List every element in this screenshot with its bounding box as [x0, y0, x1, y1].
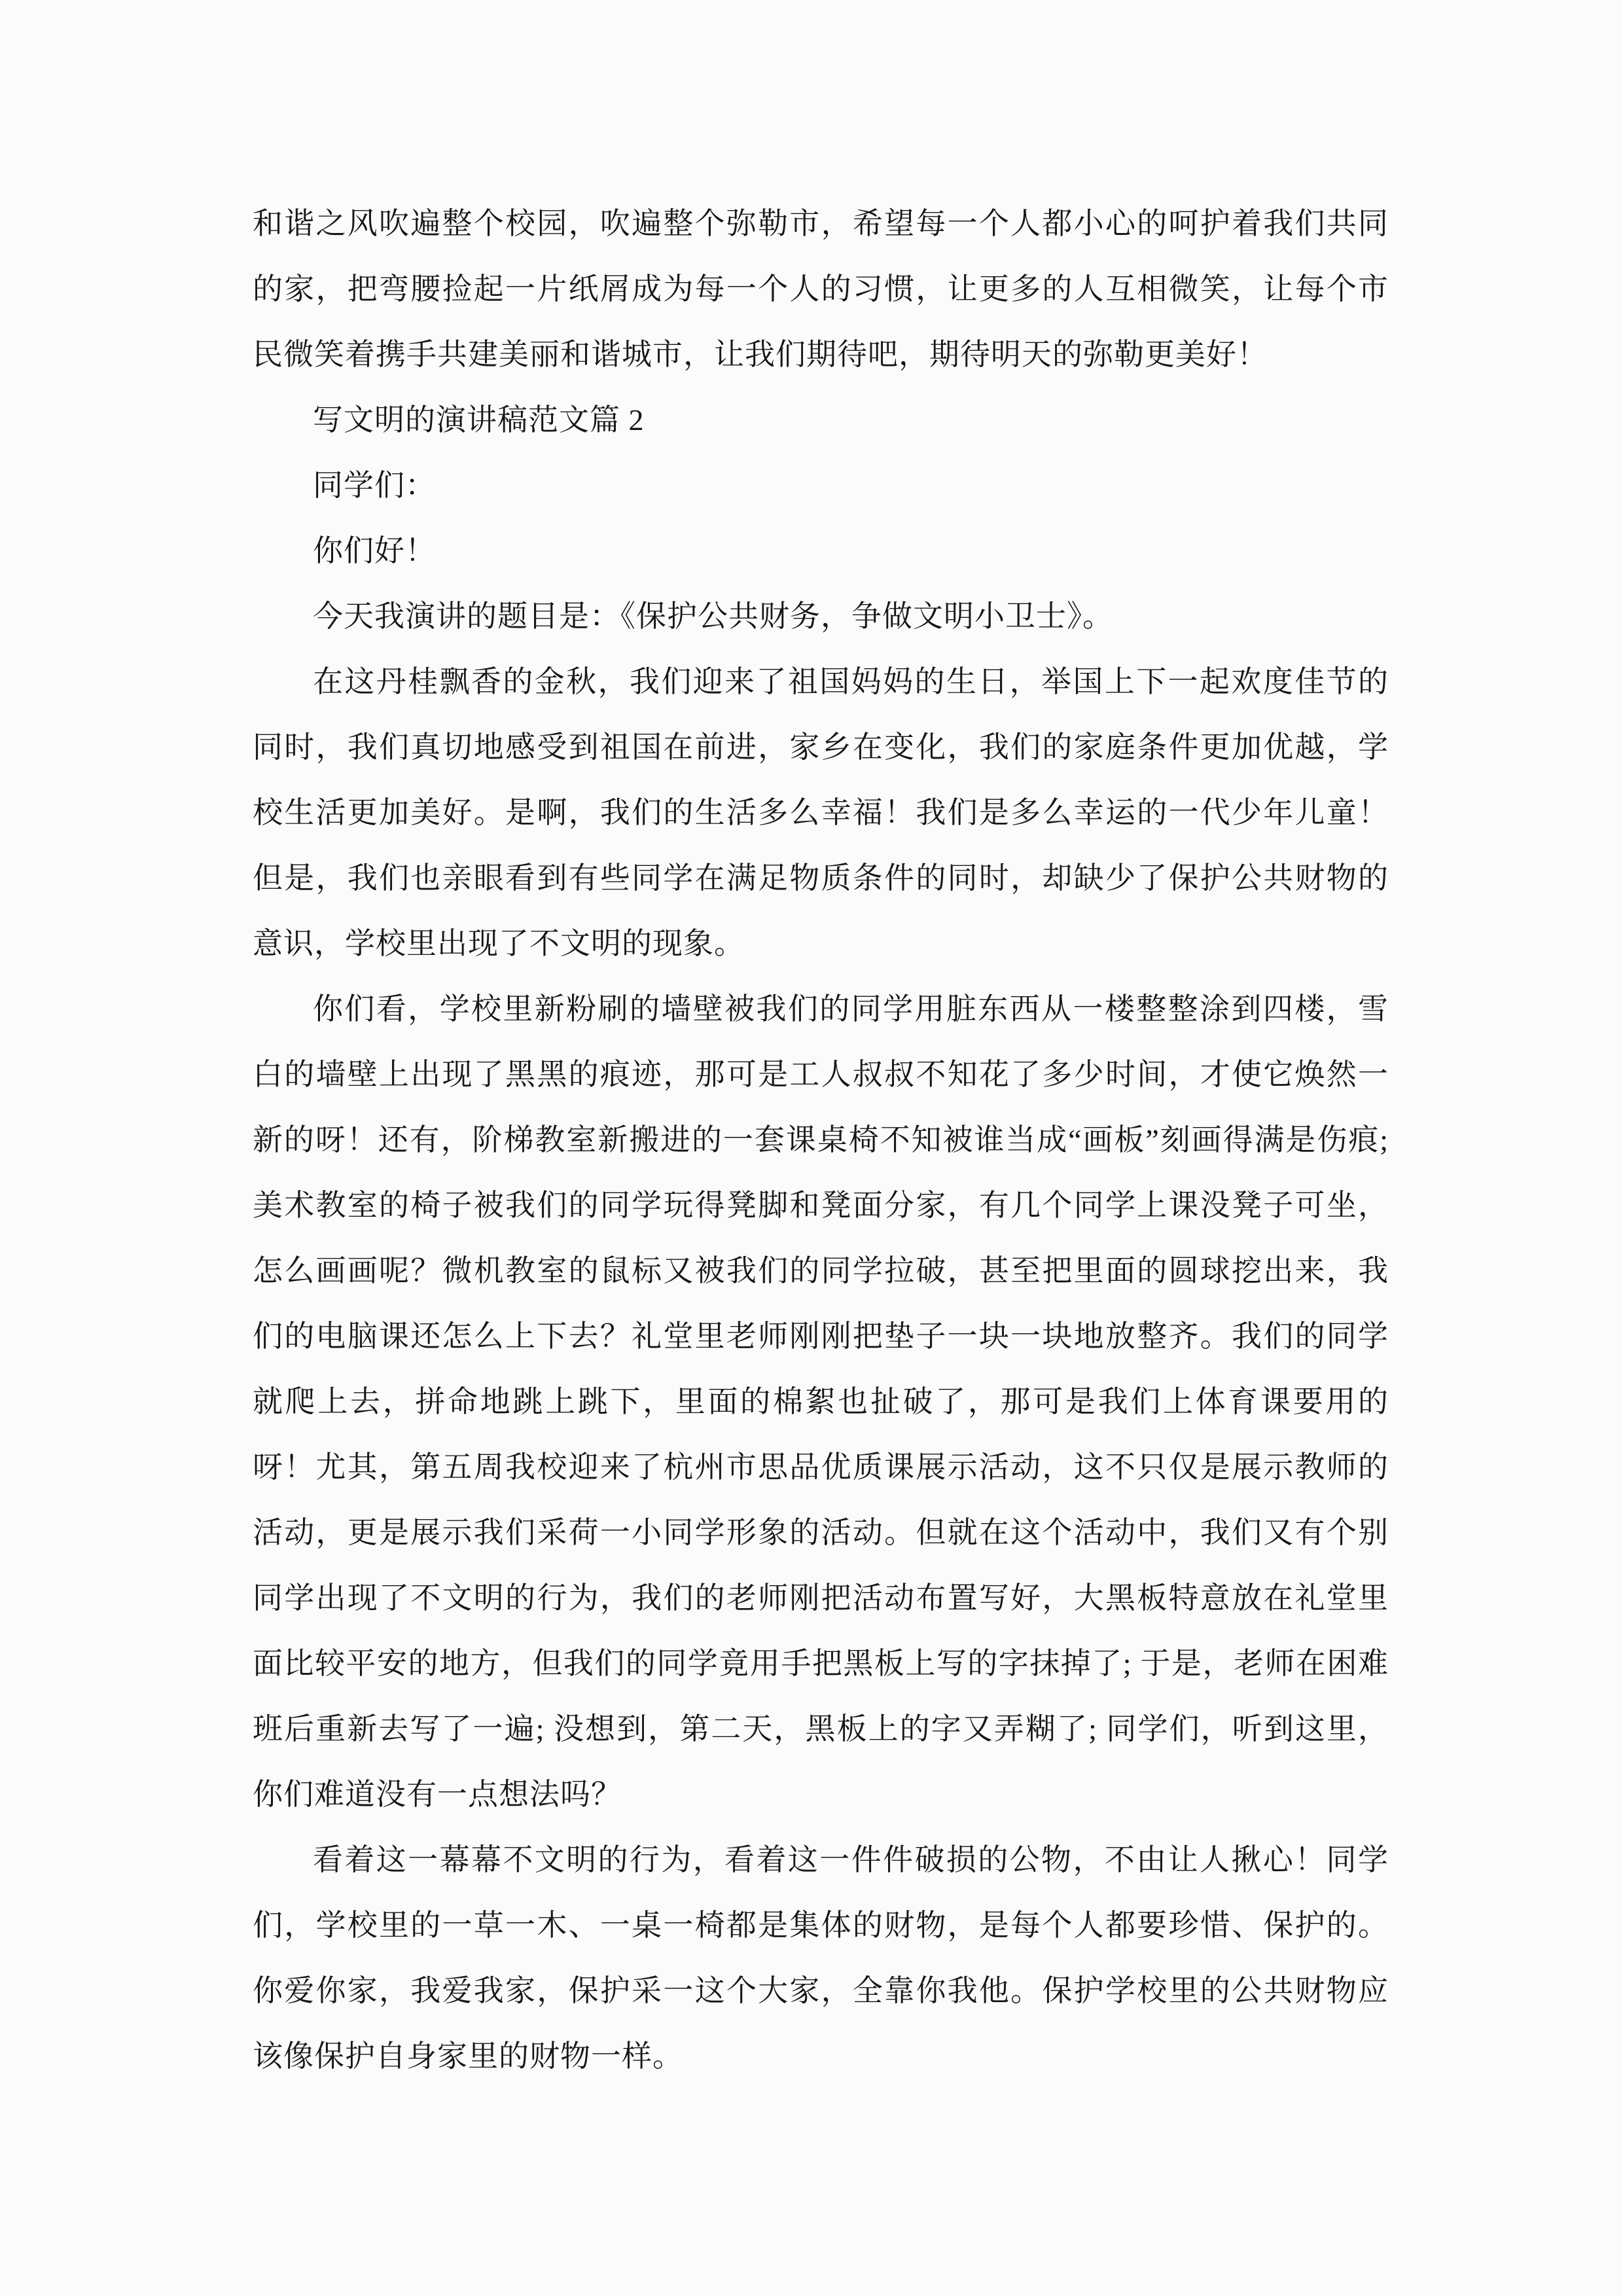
paragraph-salutation: 同学们： [253, 453, 1389, 518]
paragraph-greeting: 你们好！ [253, 518, 1389, 584]
paragraph-body: 你们看，学校里新粉刷的墙壁被我们的同学用脏东西从一楼整整涂到四楼，雪白的墙壁上出… [253, 977, 1389, 1827]
document-content: 和谐之风吹遍整个校园，吹遍整个弥勒市，希望每一个人都小心的呵护着我们共同的家，把… [253, 191, 1389, 2089]
paragraph-continuation: 和谐之风吹遍整个校园，吹遍整个弥勒市，希望每一个人都小心的呵护着我们共同的家，把… [253, 191, 1389, 387]
paragraph-body: 在这丹桂飘香的金秋，我们迎来了祖国妈妈的生日，举国上下一起欢度佳节的同时，我们真… [253, 649, 1389, 977]
paragraph-speech-title: 今天我演讲的题目是：《保护公共财务，争做文明小卫士》。 [253, 584, 1389, 649]
paragraph-body: 看着这一幕幕不文明的行为，看着这一件件破损的公物，不由让人揪心！同学们，学校里的… [253, 1827, 1389, 2089]
document-page: 和谐之风吹遍整个校园，吹遍整个弥勒市，希望每一个人都小心的呵护着我们共同的家，把… [0, 0, 1623, 2296]
section-heading: 写文明的演讲稿范文篇 2 [253, 387, 1389, 453]
